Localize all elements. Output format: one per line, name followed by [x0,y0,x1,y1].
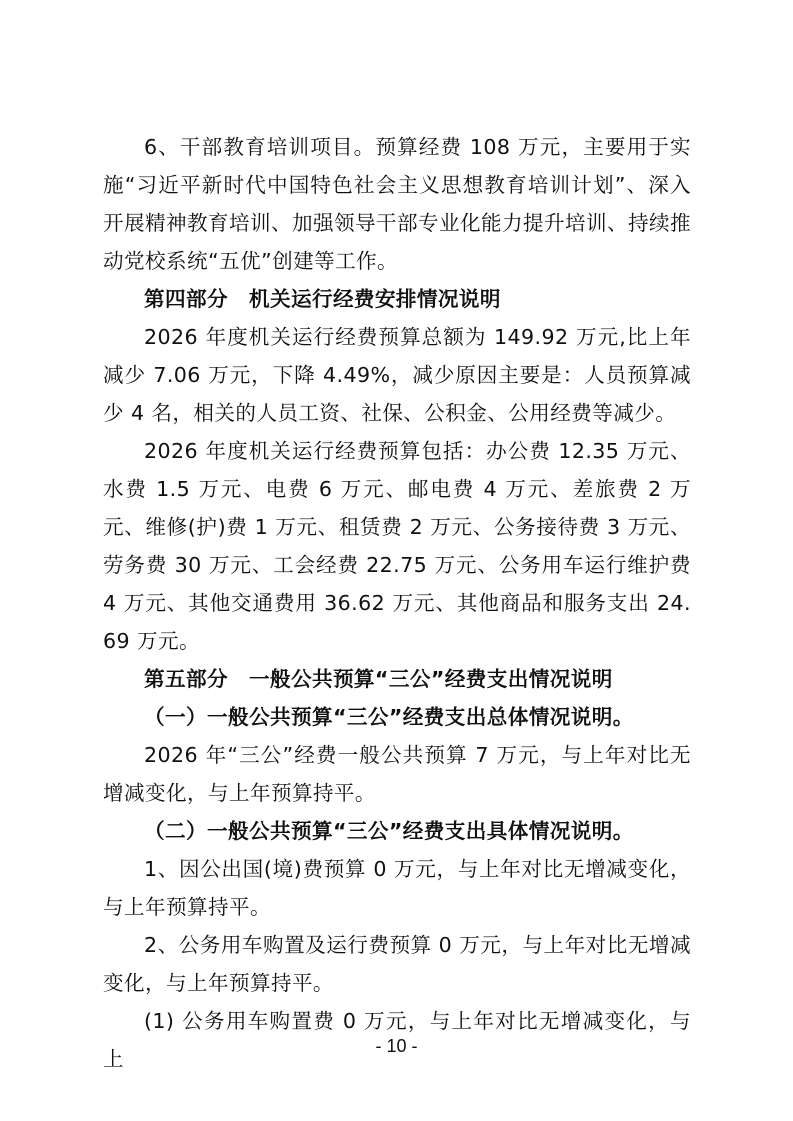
document-page-body: 6、干部教育培训项目。预算经费 108 万元，主要用于实施“习近平新时代中国特色… [103,128,691,1078]
paragraph-three-public-total: 2026 年“三公”经费一般公共预算 7 万元，与上年对比无增减变化，与上年预算… [103,736,691,812]
page-number: - 10 - [0,1036,793,1057]
paragraph-vehicle-costs: 2、公务用车购置及运行费预算 0 万元，与上年对比无增减变化，与上年预算持平。 [103,926,691,1002]
paragraph-operating-budget-items: 2026 年度机关运行经费预算包括：办公费 12.35 万元、水费 1.5 万元… [103,432,691,660]
paragraph-operating-budget-total: 2026 年度机关运行经费预算总额为 149.92 万元,比上年减少 7.06 … [103,318,691,432]
heading-part-five: 第五部分 一般公共预算“三公”经费支出情况说明 [103,660,691,698]
paragraph-overseas-travel: 1、因公出国(境)费预算 0 万元，与上年对比无增减变化，与上年预算持平。 [103,850,691,926]
heading-part-four: 第四部分 机关运行经费安排情况说明 [103,280,691,318]
paragraph-training-project: 6、干部教育培训项目。预算经费 108 万元，主要用于实施“习近平新时代中国特色… [103,128,691,280]
heading-section-one: （一）一般公共预算“三公”经费支出总体情况说明。 [103,698,691,736]
heading-section-two: （二）一般公共预算“三公”经费支出具体情况说明。 [103,812,691,850]
